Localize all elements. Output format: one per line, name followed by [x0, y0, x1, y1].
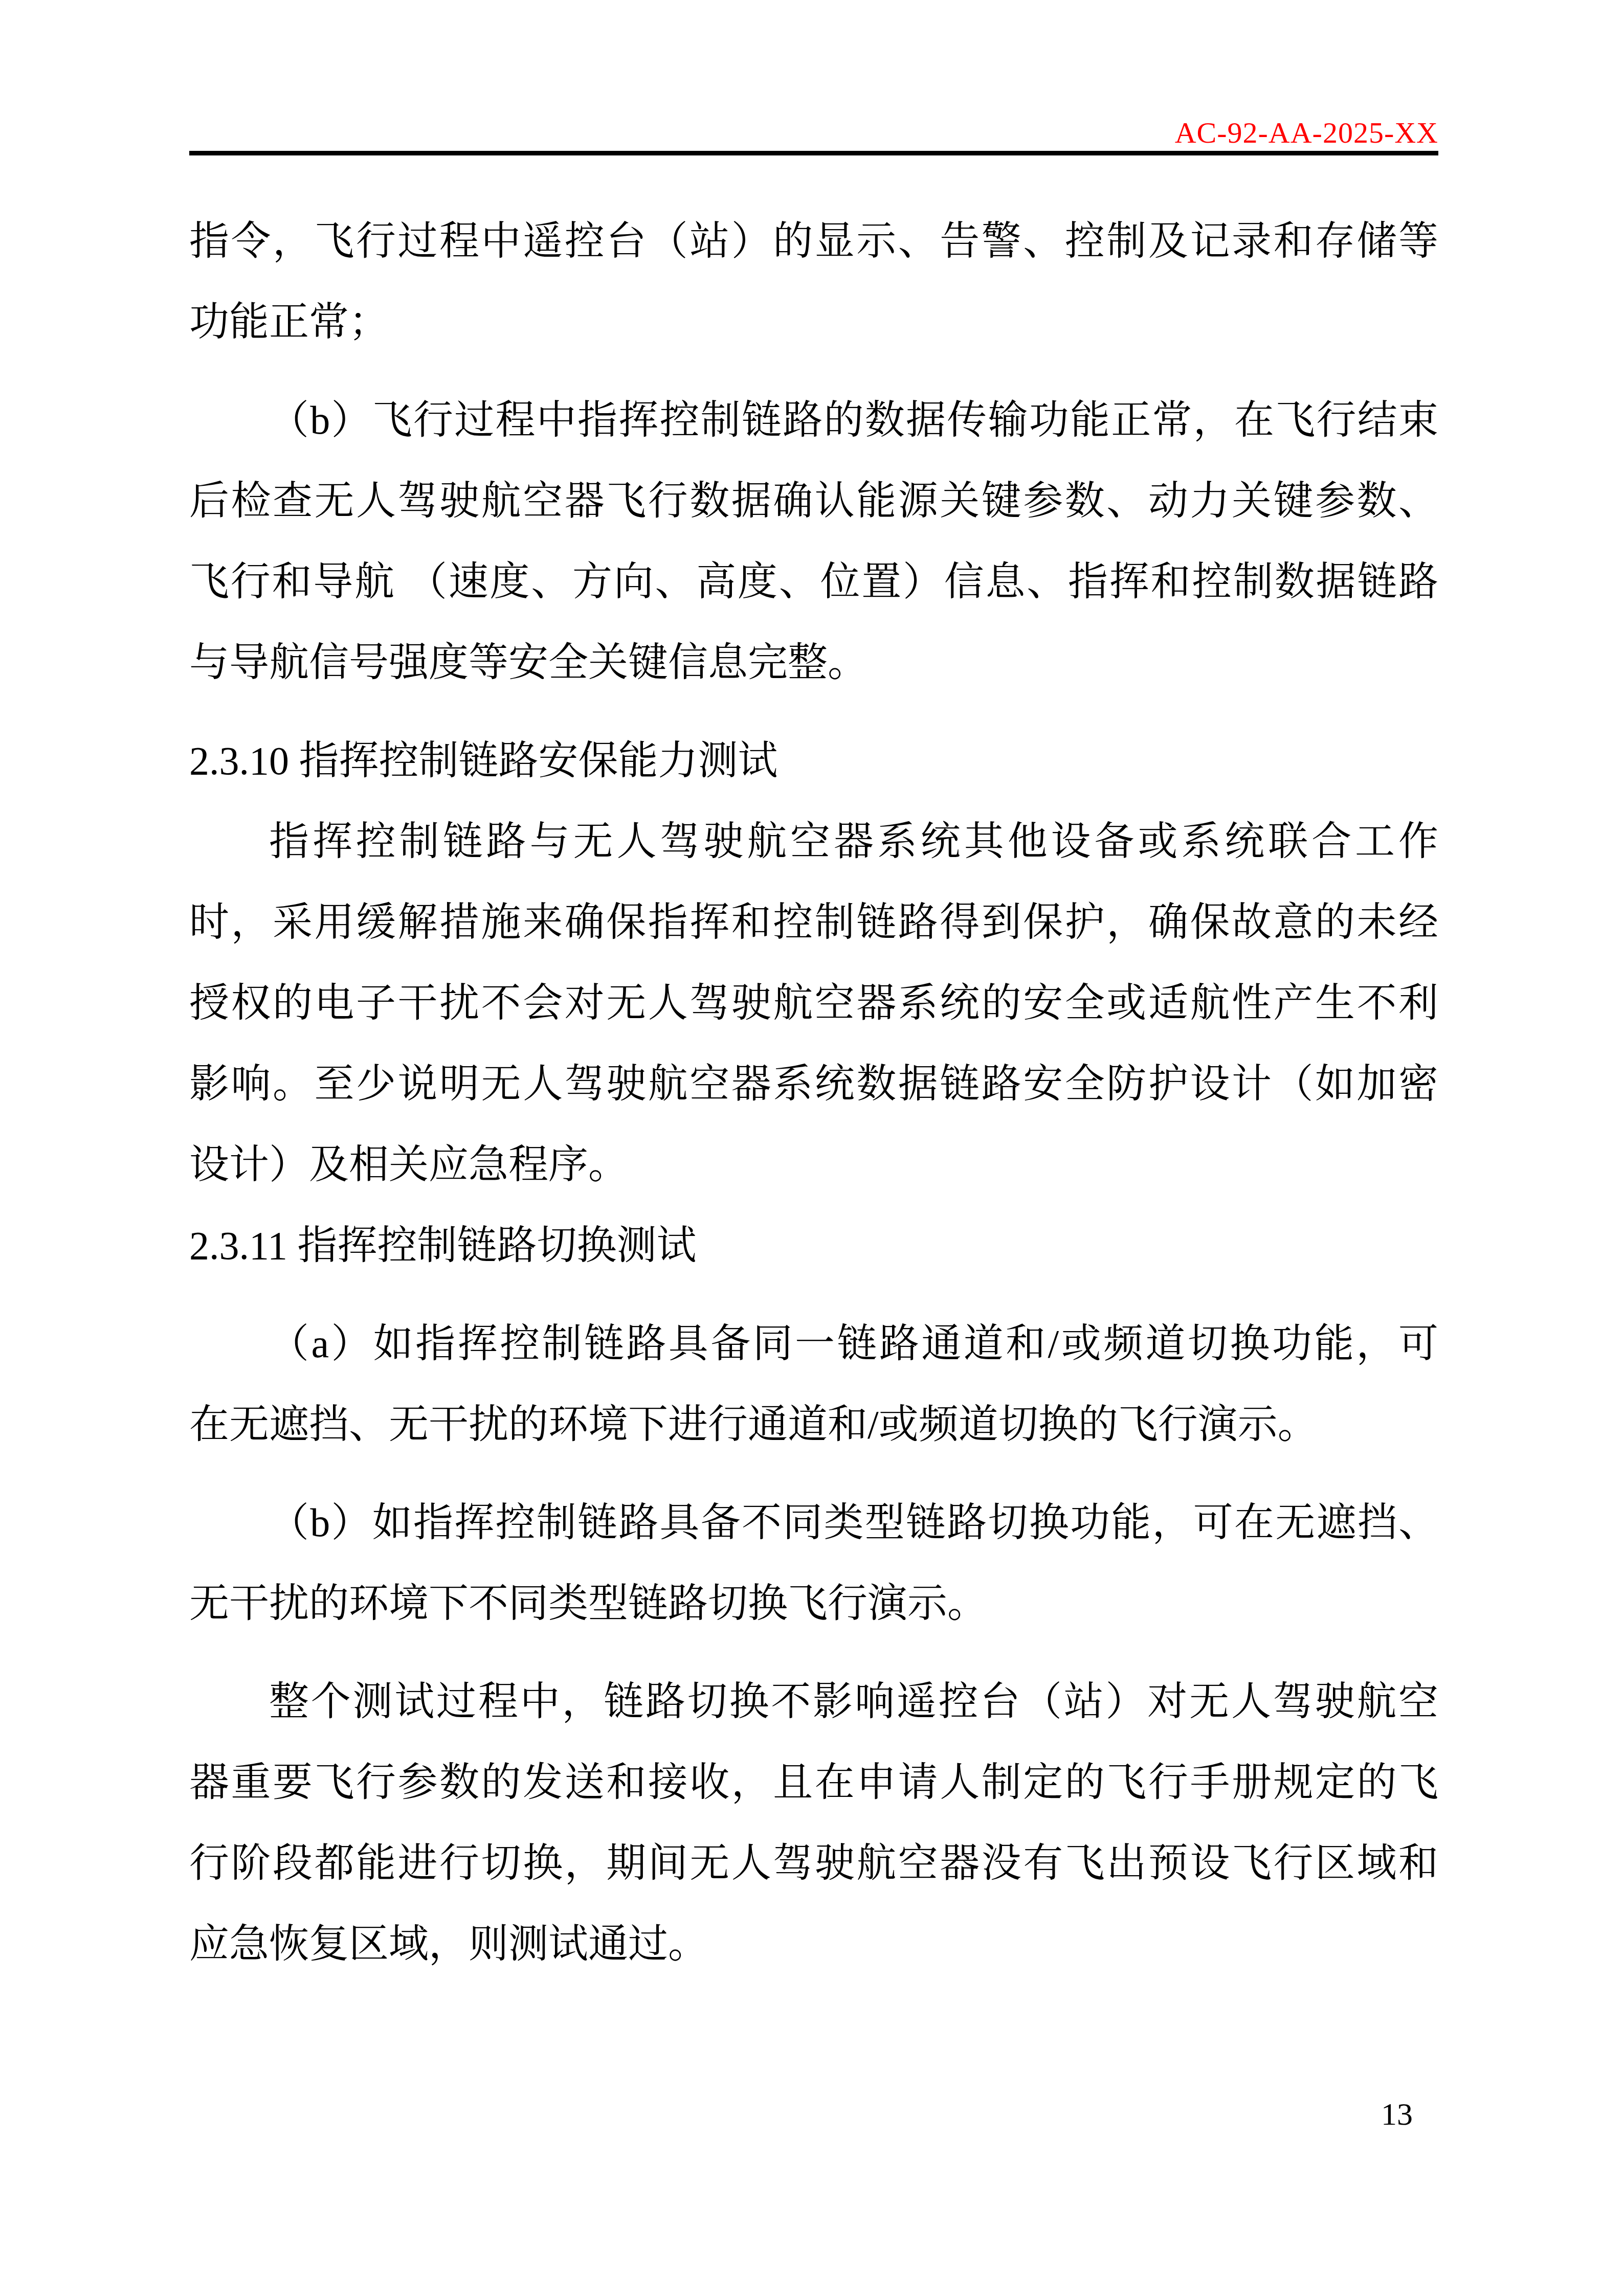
paragraph: （a）如指挥控制链路具备同一链路通道和/或频道切换功能，可在无遮挡、无干扰的环境…: [189, 1303, 1438, 1465]
paragraph: （b）如指挥控制链路具备不同类型链路切换功能，可在无遮挡、无干扰的环境下不同类型…: [189, 1482, 1438, 1644]
text-line: 设计）及相关应急程序。: [189, 1124, 1438, 1205]
text-line: 影响。至少说明无人驾驶航空器系统数据链路安全防护设计（如加密: [189, 1044, 1438, 1124]
text-line: 无干扰的环境下不同类型链路切换飞行演示。: [189, 1563, 1438, 1644]
text-line: 后检查无人驾驶航空器飞行数据确认能源关键参数、动力关键参数、: [189, 461, 1438, 542]
text-line: 飞行和导航 （速度、方向、高度、位置）信息、指挥和控制数据链路: [189, 542, 1438, 622]
text-line: （b）如指挥控制链路具备不同类型链路切换功能，可在无遮挡、: [189, 1482, 1438, 1563]
text-line: 行阶段都能进行切换，期间无人驾驶航空器没有飞出预设飞行区域和: [189, 1823, 1438, 1904]
text-line: 授权的电子干扰不会对无人驾驶航空器系统的安全或适航性产生不利: [189, 963, 1438, 1044]
paragraph: 指挥控制链路与无人驾驶航空器系统其他设备或系统联合工作时，采用缓解措施来确保指挥…: [189, 801, 1438, 1205]
text-line: 在无遮挡、无干扰的环境下进行通道和/或频道切换的飞行演示。: [189, 1384, 1438, 1465]
document-body: 指令，飞行过程中遥控台（站）的显示、告警、控制及记录和存储等功能正常；（b）飞行…: [189, 201, 1438, 1985]
page-number: 13: [1381, 2096, 1442, 2133]
text-line: 时，采用缓解措施来确保指挥和控制链路得到保护，确保故意的未经: [189, 882, 1438, 963]
doc-number: AC-92-AA-2025-XX: [1175, 117, 1438, 149]
paragraph: 整个测试过程中，链路切换不影响遥控台（站）对无人驾驶航空器重要飞行参数的发送和接…: [189, 1661, 1438, 1985]
document-page: AC-92-AA-2025-XX 指令，飞行过程中遥控台（站）的显示、告警、控制…: [0, 0, 1624, 2296]
text-line: 指令，飞行过程中遥控台（站）的显示、告警、控制及记录和存储等: [189, 201, 1438, 282]
text-line: （b）飞行过程中指挥控制链路的数据传输功能正常，在飞行结束: [189, 380, 1438, 461]
text-line: （a）如指挥控制链路具备同一链路通道和/或频道切换功能，可: [189, 1303, 1438, 1384]
text-line: 功能正常；: [189, 282, 1438, 363]
text-line: 2.3.11 指挥控制链路切换测试: [189, 1205, 1438, 1286]
paragraph: （b）飞行过程中指挥控制链路的数据传输功能正常，在飞行结束后检查无人驾驶航空器飞…: [189, 380, 1438, 703]
text-line: 指挥控制链路与无人驾驶航空器系统其他设备或系统联合工作: [189, 801, 1438, 882]
text-line: 整个测试过程中，链路切换不影响遥控台（站）对无人驾驶航空: [189, 1661, 1438, 1742]
paragraph: 指令，飞行过程中遥控台（站）的显示、告警、控制及记录和存储等功能正常；: [189, 201, 1438, 363]
header-rule: [189, 151, 1438, 155]
section-heading: 2.3.10 指挥控制链路安保能力测试: [189, 721, 1438, 801]
section-heading: 2.3.11 指挥控制链路切换测试: [189, 1205, 1438, 1286]
text-line: 器重要飞行参数的发送和接收，且在申请人制定的飞行手册规定的飞: [189, 1742, 1438, 1823]
text-line: 2.3.10 指挥控制链路安保能力测试: [189, 721, 1438, 801]
text-line: 应急恢复区域，则测试通过。: [189, 1904, 1438, 1985]
text-line: 与导航信号强度等安全关键信息完整。: [189, 622, 1438, 703]
